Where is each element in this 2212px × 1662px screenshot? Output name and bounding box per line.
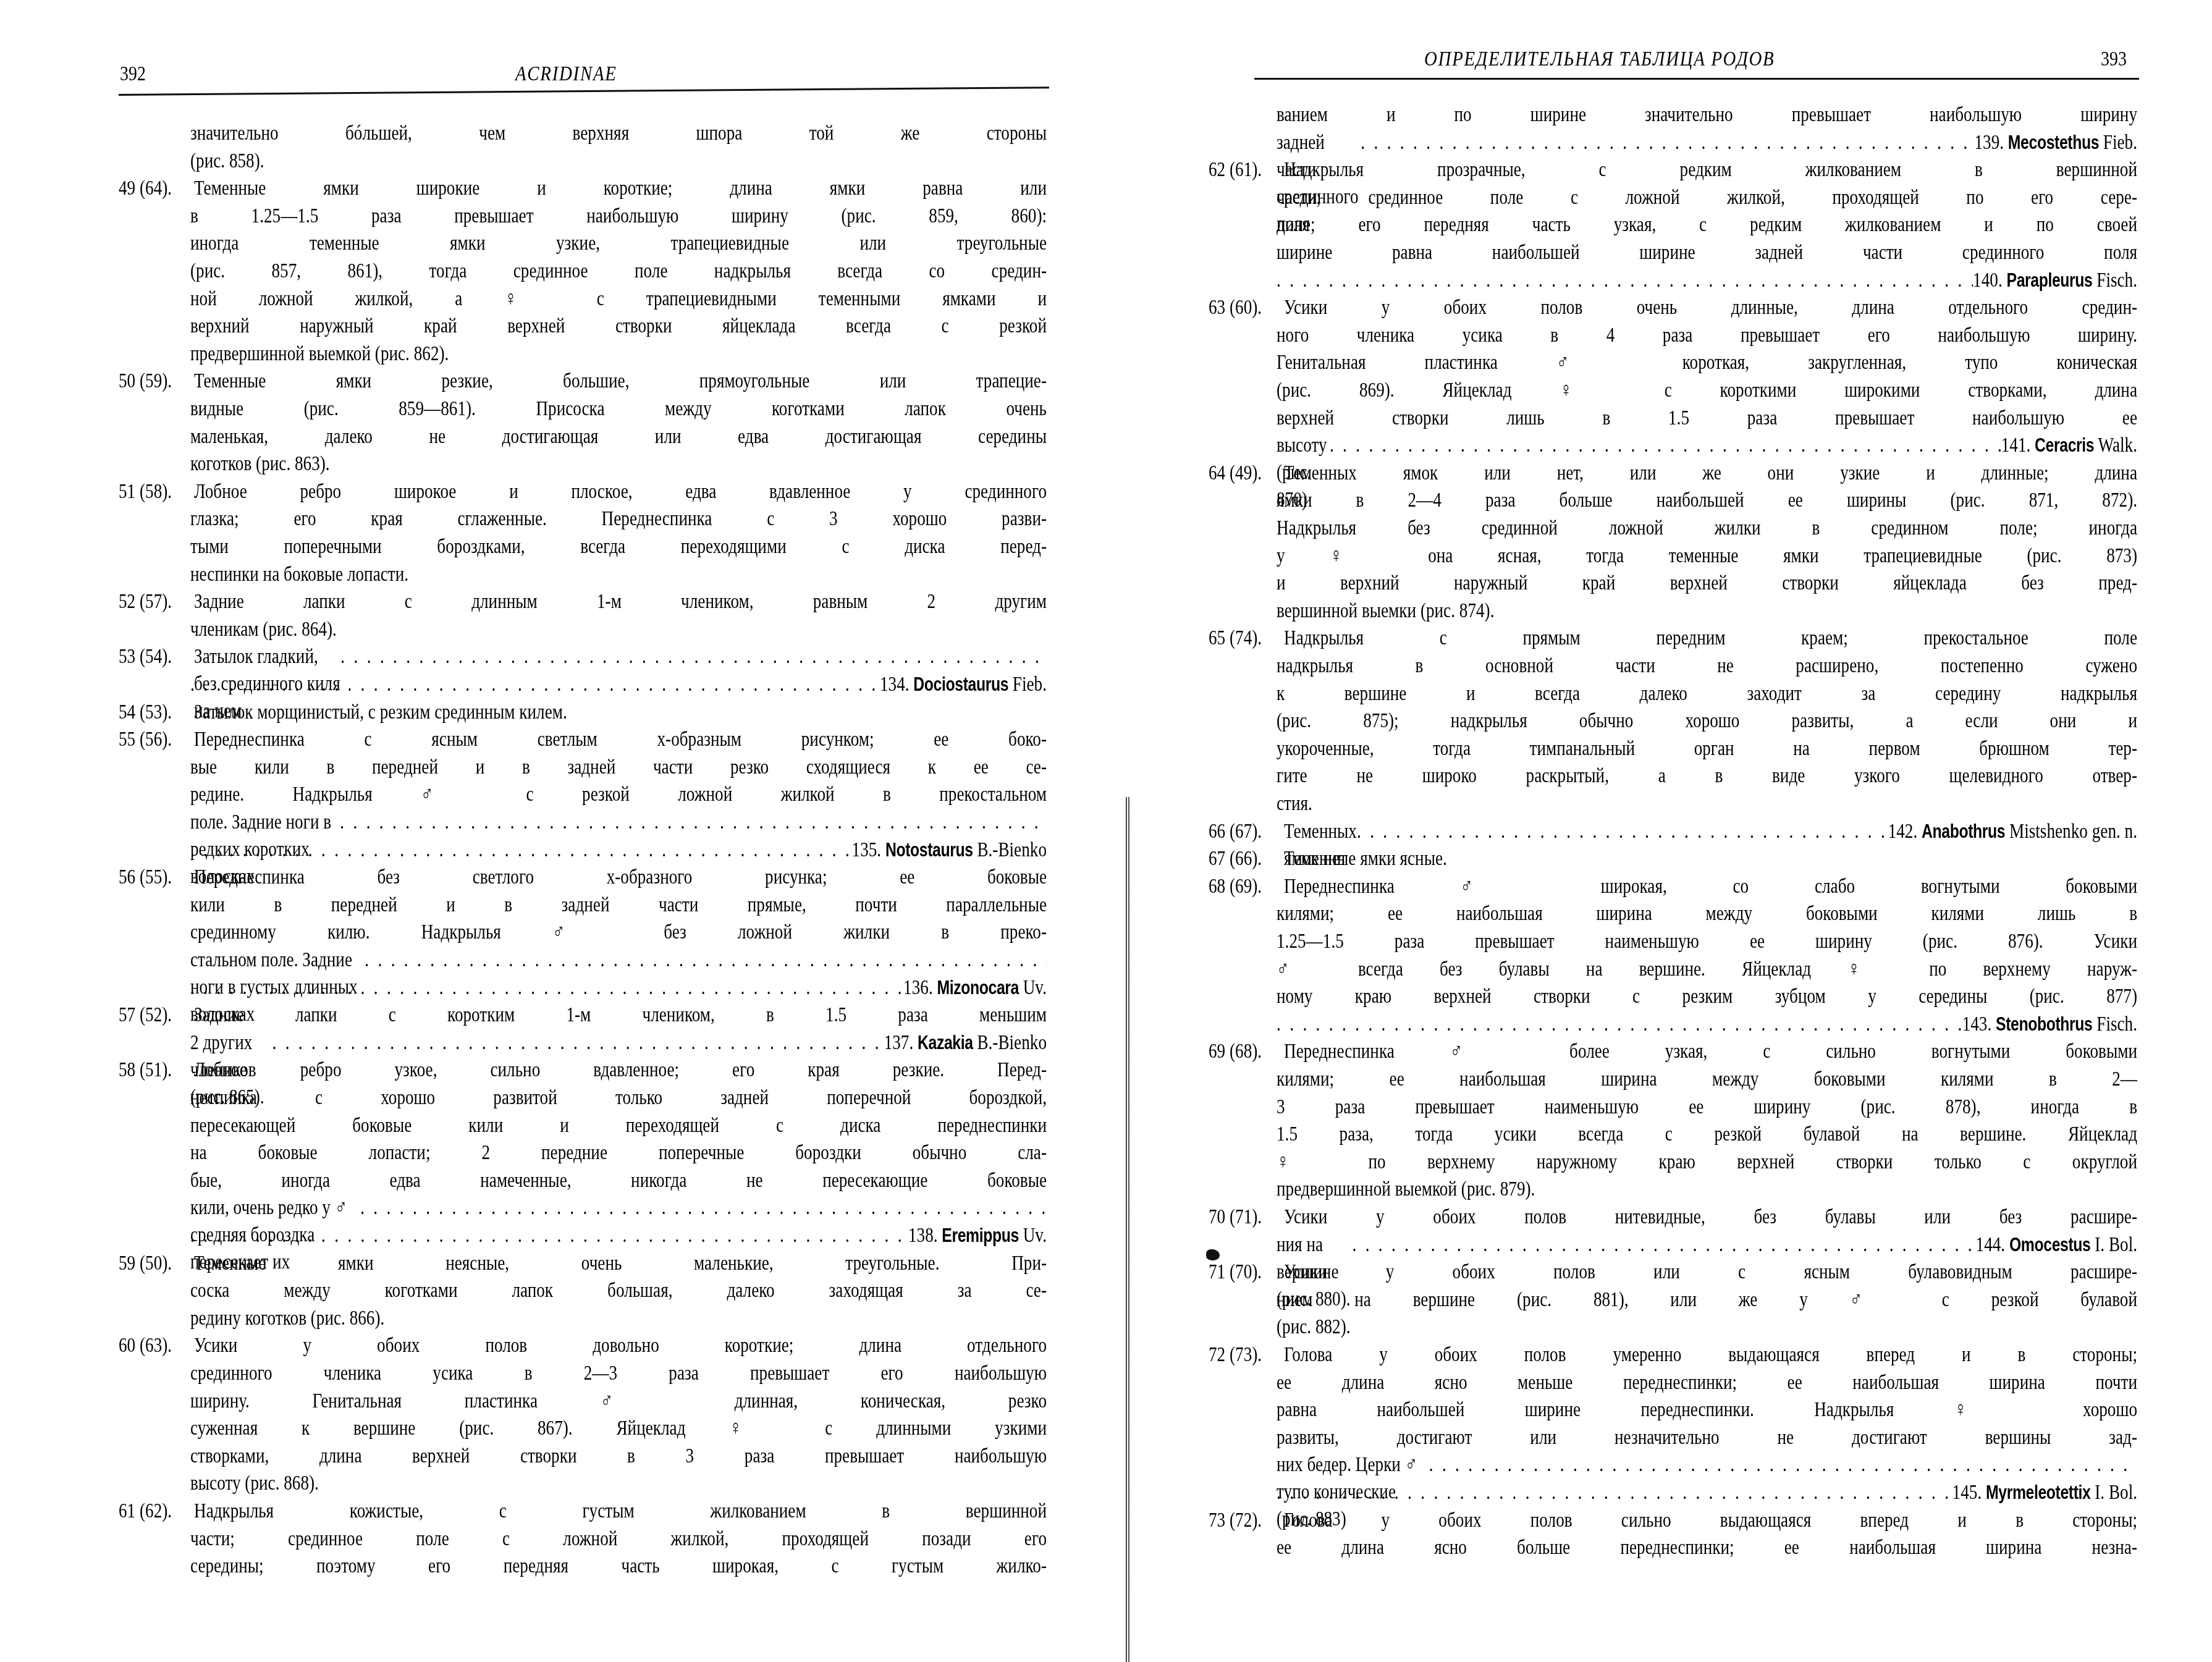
genus-result-line: ........................................… bbox=[0, 837, 1106, 864]
genus-result-line: ........................................… bbox=[1106, 1011, 2212, 1038]
key-text-line: ному краю верхней створки с резким зубцо… bbox=[1106, 983, 2212, 1010]
key-text-line: дине; его передняя часть узкая, с редким… bbox=[1106, 211, 2212, 238]
key-couplet-line: 67 (66).Теменные ямки ясные. bbox=[1106, 845, 2212, 872]
key-text-line: кили в передней и в задней части прямые,… bbox=[0, 892, 1106, 919]
genus-number: 142. bbox=[1888, 820, 1918, 843]
key-text-line: значительно бóльшей, чем верхняя шпора т… bbox=[0, 120, 1106, 147]
couplet-number: 67 bbox=[1209, 847, 1225, 870]
key-text-line: части; срединное поле с ложной жилкой, п… bbox=[0, 1525, 1106, 1553]
key-text: Надкрылья кожистые, с густым жилкованием… bbox=[194, 1500, 1047, 1522]
genus-entry: 136. Mizonocara Uv. bbox=[903, 974, 1047, 1002]
key-text: (рис. 857, 861), тогда срединное поле на… bbox=[190, 259, 1047, 282]
key-text-line: вые кили в передней и в задней части рез… bbox=[0, 754, 1106, 781]
couplet-reference: (58). bbox=[140, 480, 172, 503]
key-text-line: стия. bbox=[1106, 790, 2212, 817]
key-text-line: ной ложной жилкой, а ♀ с трапециевидными… bbox=[0, 285, 1106, 313]
key-text: Теменные ямки широкие и короткие; длина … bbox=[194, 177, 1047, 200]
key-text: ее длина ясно больше переднеспинки; ее н… bbox=[1277, 1536, 2137, 1559]
key-text-line: у ♀ она ясная, тогда теменные ямки трапе… bbox=[1106, 542, 2212, 570]
key-text: ванием и по ширине значительно превышает… bbox=[1277, 103, 2137, 126]
genus-entry: 140. Parapleurus Fisch. bbox=[1973, 267, 2137, 294]
genus-number: 139. bbox=[1974, 131, 2004, 154]
key-couplet-line: 63 (60).Усики у обоих полов очень длинны… bbox=[1106, 294, 2212, 321]
key-couplet-line: 69 (68).Переднеспинка ♂ более узкая, с с… bbox=[1106, 1038, 2212, 1065]
leader-dots: ........................................… bbox=[190, 837, 852, 864]
couplet-number: 54 bbox=[119, 701, 135, 723]
leader-dots: ........................................… bbox=[340, 809, 1047, 836]
key-text: редине. Надкрылья ♂ с резкой ложной жилк… bbox=[190, 783, 1047, 806]
key-text-line: (рис. 882). bbox=[1106, 1314, 2212, 1341]
couplet-number: 58 bbox=[119, 1058, 135, 1081]
key-text-line: ванием и по ширине значительно превышает… bbox=[1106, 101, 2212, 129]
key-text-line: глазка; его края сглаженные. Переднеспин… bbox=[0, 505, 1106, 533]
scan-blot bbox=[1206, 1249, 1220, 1260]
couplet-reference: (69). bbox=[1230, 875, 1262, 898]
genus-author: Uv. bbox=[1023, 1224, 1047, 1247]
key-text-line: ния на вершине (рис. 880). .............… bbox=[1106, 1231, 2212, 1259]
couplet-number: 63 bbox=[1209, 296, 1225, 319]
key-text: Голова у обоих полов умеренно выдающаяся… bbox=[1284, 1343, 2137, 1366]
key-text-line: бые, иногда едва намеченные, никогда не … bbox=[0, 1167, 1106, 1194]
couplet-number: 53 bbox=[119, 645, 135, 668]
genus-number: 136. bbox=[903, 976, 933, 999]
couplet-reference: (73). bbox=[1230, 1343, 1262, 1366]
key-text-line: (рис. 858). bbox=[0, 148, 1106, 175]
key-text: Усики у обоих полов или с ясным булавови… bbox=[1284, 1260, 2137, 1283]
key-text-line: ♀ по верхнему наружному краю верхней ств… bbox=[1106, 1149, 2212, 1176]
couplet-number: 65 bbox=[1209, 626, 1225, 649]
genus-result-line: ........................................… bbox=[0, 1222, 1106, 1249]
couplet-reference: (49). bbox=[1230, 462, 1262, 484]
key-text-line: высоту (рис. 870) ......................… bbox=[1106, 432, 2212, 459]
key-text: редину коготков (рис. 866). bbox=[190, 1307, 384, 1330]
leader-dots: ........................................… bbox=[1277, 1011, 1962, 1038]
leader-dots: ........................................… bbox=[360, 1194, 1047, 1221]
genus-entry: 141. Ceracris Walk. bbox=[2001, 432, 2137, 459]
key-text: высоту (рис. 868). bbox=[190, 1472, 319, 1495]
genus-entry: 139. Mecostethus Fieb. bbox=[1974, 129, 2137, 156]
key-text-line: высоту (рис. 868). bbox=[0, 1470, 1106, 1497]
key-text-line: верхней створки лишь в 1.5 раза превышае… bbox=[1106, 405, 2212, 432]
key-text-line: гите не широко раскрытый, а в виде узког… bbox=[1106, 762, 2212, 790]
key-text: 3 раза превышает наименьшую ее ширину (р… bbox=[1277, 1095, 2137, 1118]
couplet-number: 49 bbox=[119, 177, 135, 200]
genus-name: Stenobothrus bbox=[1996, 1013, 2092, 1035]
key-couplet-line: 53 (54).Затылок гладкий, без срединного … bbox=[0, 643, 1106, 670]
couplet-number: 59 bbox=[119, 1252, 135, 1275]
genus-entry: 144. Omocestus I. Bol. bbox=[1976, 1231, 2137, 1259]
key-text: тыми поперечными бороздками, всегда пере… bbox=[190, 535, 1047, 558]
key-text-line: верхний наружный край верхней створки яй… bbox=[0, 313, 1106, 340]
key-text: ♂ всегда без булавы на вершине. Яйцеклад… bbox=[1277, 958, 2137, 981]
key-text: Задние лапки с длинным 1-м члеником, рав… bbox=[194, 590, 1047, 613]
key-text: Затылок морщинистый, с резким срединным … bbox=[194, 701, 567, 723]
key-text: вершинной выемки (рис. 874). bbox=[1277, 599, 1494, 622]
couplet-number: 73 bbox=[1209, 1509, 1225, 1532]
key-text-line: и верхний наружный край верхней створки … bbox=[1106, 570, 2212, 597]
couplet-reference: (59). bbox=[140, 369, 172, 392]
key-text: ной ложной жилкой, а ♀ с трапециевидными… bbox=[190, 287, 1047, 310]
leader-dots: ........................................… bbox=[1277, 1479, 1952, 1506]
key-text: Генитальная пластинка ♂ короткая, закруг… bbox=[1277, 351, 2137, 374]
key-text: неспинки на боковые лопасти. bbox=[190, 563, 408, 586]
couplet-reference: (61). bbox=[1230, 158, 1262, 181]
key-text-line: ного членика усика в 4 раза превышает ег… bbox=[1106, 322, 2212, 349]
key-text: Лобное ребро узкое, сильно вдавленное; е… bbox=[194, 1058, 1047, 1081]
key-text: ее длина ясно меньше переднеспинки; ее н… bbox=[1277, 1371, 2137, 1394]
key-text: в 1.25—1.5 раза превышает наибольшую шир… bbox=[190, 205, 1047, 227]
genus-name: Parapleurus bbox=[2006, 269, 2092, 291]
leader-dots: ........................................… bbox=[1277, 267, 1973, 294]
key-text-line: кили, очень редко у ♂ средняя бороздка п… bbox=[0, 1194, 1106, 1221]
key-text: у ♀ она ясная, тогда теменные ямки трапе… bbox=[1277, 544, 2137, 567]
key-text-line: ее длина ясно больше переднеспинки; ее н… bbox=[1106, 1534, 2212, 1561]
key-text-line: предвершинной выемкой (рис. 879). bbox=[1106, 1176, 2212, 1203]
key-text: Переднеспинка ♂ широкая, со слабо вогнут… bbox=[1284, 875, 2137, 898]
key-text: предвершинной выемкой (рис. 862). bbox=[190, 342, 449, 365]
key-text-line: соска между коготками лапок большая, дал… bbox=[0, 1277, 1106, 1304]
couplet-reference: (52). bbox=[140, 1003, 172, 1026]
key-text: на боковые лопасти; 2 передние поперечны… bbox=[190, 1141, 1047, 1164]
key-text: ямки в 2—4 раза больше наибольшей ее шир… bbox=[1277, 489, 2137, 512]
leader-dots: ........................................… bbox=[190, 974, 903, 1002]
key-text-line: ямки в 2—4 раза больше наибольшей ее шир… bbox=[1106, 487, 2212, 514]
genus-author: B.-Bienko bbox=[977, 838, 1047, 861]
couplet-number: 71 bbox=[1209, 1260, 1225, 1283]
key-text: равна наибольшей ширине переднеспинки. Н… bbox=[1277, 1398, 2137, 1421]
genus-entry: 143. Stenobothrus Fisch. bbox=[1962, 1011, 2137, 1038]
genus-name: Mecostethus bbox=[2008, 132, 2099, 153]
couplet-number: 52 bbox=[119, 590, 135, 613]
key-text-line: 2 других члеников (рис. 865). ..........… bbox=[0, 1029, 1106, 1057]
couplet-number: 66 bbox=[1209, 820, 1225, 843]
key-text-line: срединному килю. Надкрылья ♂ без ложной … bbox=[0, 919, 1106, 946]
key-text: Надкрылья без срединной ложной жилки в с… bbox=[1277, 517, 2137, 539]
key-text: (рис. 869). Яйцеклад ♀ с короткими широк… bbox=[1277, 379, 2137, 402]
key-text-line: ширине равна наибольшей ширине задней ча… bbox=[1106, 239, 2212, 266]
leader-dots: ........................................… bbox=[272, 1029, 884, 1057]
genus-author: Fieb. bbox=[2103, 131, 2137, 154]
key-text: ному краю верхней створки с резким зубцо… bbox=[1277, 985, 2137, 1008]
couplet-number: 60 bbox=[119, 1334, 135, 1357]
couplet-number: 62 bbox=[1209, 158, 1225, 181]
key-text-line: стальном поле. Задние ноги в густых длин… bbox=[0, 947, 1106, 974]
key-couplet-line: 59 (50).Теменные ямки неясные, очень мал… bbox=[0, 1250, 1106, 1277]
key-text: неспинка с хорошо развитой только задней… bbox=[190, 1086, 1047, 1109]
key-text: соска между коготками лапок большая, дал… bbox=[190, 1279, 1047, 1302]
genus-number: 135. bbox=[852, 838, 882, 861]
key-text: Теменных ямок или нет, или же они узкие … bbox=[1284, 462, 2137, 484]
genus-number: 144. bbox=[1976, 1233, 2006, 1256]
genus-entry: 134. Dociostaurus Fieb. bbox=[880, 671, 1047, 698]
couplet-reference: (53). bbox=[140, 701, 172, 723]
key-text-line: середины; поэтому его передняя часть шир… bbox=[0, 1553, 1106, 1580]
key-text: створками, длина верхней створки в 3 раз… bbox=[190, 1445, 1047, 1467]
key-text: и верхний наружный край верхней створки … bbox=[1277, 572, 2137, 594]
key-text-line: редину коготков (рис. 866). bbox=[0, 1305, 1106, 1332]
key-couplet-line: 70 (71).Усики у обоих полов нитевидные, … bbox=[1106, 1204, 2212, 1231]
key-text: 1.25—1.5 раза превышает наименьшую ее ши… bbox=[1277, 930, 2137, 953]
key-text-line: створками, длина верхней створки в 3 раз… bbox=[0, 1443, 1106, 1470]
couplet-reference: (50). bbox=[140, 1252, 172, 1275]
genus-number: 134. bbox=[880, 673, 910, 696]
page-number: 392 bbox=[120, 62, 146, 86]
key-text: нием на вершине (рис. 881), или же у ♂ с… bbox=[1277, 1288, 2137, 1311]
genus-result-line: ........................................… bbox=[1106, 1479, 2212, 1506]
key-text: ширине равна наибольшей ширине задней ча… bbox=[1277, 241, 2137, 264]
genus-result-line: ........................................… bbox=[0, 671, 1106, 698]
key-couplet-line: 55 (56).Переднеспинка с ясным светлым х-… bbox=[0, 726, 1106, 753]
key-text: дине; его передняя часть узкая, с редким… bbox=[1277, 213, 2137, 236]
key-couplet-line: 56 (55).Переднеспинка без светлого х-обр… bbox=[0, 864, 1106, 891]
genus-author: I. Bol. bbox=[2095, 1233, 2137, 1256]
key-text: Переднеспинка без светлого х-образного р… bbox=[194, 866, 1047, 888]
key-text-line: суженная к вершине (рис. 867). Яйцеклад … bbox=[0, 1415, 1106, 1442]
key-couplet-line: 64 (49).Теменных ямок или нет, или же он… bbox=[1106, 460, 2212, 487]
key-text: Надкрылья прозрачные, с редким жилковани… bbox=[1284, 158, 2137, 181]
key-text-line: предвершинной выемкой (рис. 862). bbox=[0, 340, 1106, 368]
key-text: укороченные, тогда тимпанальный орган на… bbox=[1277, 737, 2137, 760]
key-text-line: к вершине и всегда далеко заходит за сер… bbox=[1106, 680, 2212, 707]
key-text-line: развиты, достигают или незначительно не … bbox=[1106, 1424, 2212, 1451]
key-text: Лобное ребро широкое и плоское, едва вда… bbox=[194, 480, 1047, 503]
key-text: Переднеспинка ♂ более узкая, с сильно во… bbox=[1284, 1040, 2137, 1063]
genus-entry: 142. Anabothrus Mistshenko gen. n. bbox=[1888, 818, 2137, 845]
key-text: иногда теменные ямки узкие, трапециевидн… bbox=[190, 232, 1047, 255]
genus-name: Dociostaurus bbox=[913, 673, 1008, 695]
genus-entry: 145. Myrmeleotettix I. Bol. bbox=[1952, 1479, 2137, 1506]
genus-name: Omocestus bbox=[2009, 1234, 2090, 1255]
key-text-line: равна наибольшей ширине переднеспинки. Н… bbox=[1106, 1396, 2212, 1424]
key-text: срединному килю. Надкрылья ♂ без ложной … bbox=[190, 921, 1047, 943]
genus-name: Ceracris bbox=[2035, 434, 2094, 456]
key-text: видные (рис. 859—861). Присоска между ко… bbox=[190, 397, 1047, 420]
couplet-number: 50 bbox=[119, 369, 135, 392]
key-text: членикам (рис. 864). bbox=[190, 618, 337, 641]
key-text-line: ширину. Генитальная пластинка ♂ длинная,… bbox=[0, 1388, 1106, 1415]
key-text: маленькая, далеко не достигающая или едв… bbox=[190, 425, 1047, 448]
key-text: килями; ее наибольшая ширина между боков… bbox=[1277, 1068, 2137, 1090]
key-text: (рис. 875); надкрылья обычно хорошо разв… bbox=[1277, 709, 2137, 732]
couplet-number: 70 bbox=[1209, 1205, 1225, 1228]
key-text: вые кили в передней и в задней части рез… bbox=[190, 756, 1047, 778]
key-text-line: (рис. 857, 861), тогда срединное поле на… bbox=[0, 258, 1106, 285]
genus-entry: 137. Kazakia B.-Bienko bbox=[884, 1029, 1047, 1057]
key-couplet-line: 57 (52).Задние лапки с коротким 1-м член… bbox=[0, 1002, 1106, 1029]
key-couplet-line: 51 (58).Лобное ребро широкое и плоское, … bbox=[0, 478, 1106, 505]
right-page: ОПРЕДЕЛИТЕЛЬНАЯ ТАБЛИЦА РОДОВ 393 ванием… bbox=[1106, 0, 2212, 1662]
key-text-line: видные (рис. 859—861). Присоска между ко… bbox=[0, 395, 1106, 423]
key-text: килями; ее наибольшая ширина между боков… bbox=[1277, 902, 2137, 925]
leader-dots: ........................................… bbox=[190, 671, 880, 698]
key-couplet-line: 71 (70).Усики у обоих полов или с ясным … bbox=[1106, 1259, 2212, 1286]
key-couplet-line: 73 (72).Голова у обоих полов сильно выда… bbox=[1106, 1507, 2212, 1534]
key-couplet-line: 58 (51).Лобное ребро узкое, сильно вдавл… bbox=[0, 1057, 1106, 1084]
couplet-reference: (57). bbox=[140, 590, 172, 613]
couplet-reference: (71). bbox=[1230, 1205, 1262, 1228]
leader-dots: ........................................… bbox=[1429, 1451, 2137, 1479]
genus-name: Anabothrus bbox=[1922, 820, 2005, 842]
key-text-line: маленькая, далеко не достигающая или едв… bbox=[0, 423, 1106, 450]
couplet-reference: (74). bbox=[1230, 626, 1262, 649]
genus-author: Fisch. bbox=[2096, 269, 2137, 292]
genus-author: B.-Bienko bbox=[977, 1031, 1047, 1054]
genus-author: Uv. bbox=[1023, 976, 1047, 999]
genus-author: Walk. bbox=[2098, 434, 2137, 457]
key-text: глазка; его края сглаженные. Переднеспин… bbox=[190, 507, 1047, 530]
leader-dots: ........................................… bbox=[190, 1222, 908, 1249]
key-text: значительно бóльшей, чем верхняя шпора т… bbox=[190, 122, 1047, 145]
key-text: суженная к вершине (рис. 867). Яйцеклад … bbox=[190, 1417, 1047, 1440]
page-number: 393 bbox=[2101, 47, 2127, 72]
genus-author: Fisch. bbox=[2096, 1013, 2137, 1036]
couplet-number: 56 bbox=[119, 866, 135, 888]
key-text-line: вершинной выемки (рис. 874). bbox=[1106, 597, 2212, 625]
key-couplet-line: 66 (67).Теменных ямок нет ..............… bbox=[1106, 818, 2212, 845]
key-text: развиты, достигают или незначительно не … bbox=[1277, 1426, 2137, 1449]
couplet-number: 72 bbox=[1209, 1343, 1225, 1366]
key-couplet-line: 60 (63).Усики у обоих полов довольно кор… bbox=[0, 1332, 1106, 1359]
couplet-number: 69 bbox=[1209, 1040, 1225, 1063]
key-text: к вершине и всегда далеко заходит за сер… bbox=[1277, 682, 2137, 705]
key-couplet-line: 54 (53).Затылок морщинистый, с резким ср… bbox=[0, 699, 1106, 726]
couplet-number: 55 bbox=[119, 728, 135, 751]
key-text: верхней створки лишь в 1.5 раза превышае… bbox=[1277, 407, 2137, 429]
couplet-reference: (55). bbox=[140, 866, 172, 888]
key-couplet-line: 50 (59).Теменные ямки резкие, большие, п… bbox=[0, 368, 1106, 395]
key-text-line: нием на вершине (рис. 881), или же у ♂ с… bbox=[1106, 1286, 2212, 1314]
genus-result-line: ........................................… bbox=[0, 974, 1106, 1002]
key-text-line: поле. Задние ноги в редких коротких воло… bbox=[0, 809, 1106, 836]
key-text: срединного членика усика в 2—3 раза прев… bbox=[190, 1362, 1047, 1385]
couplet-reference: (56). bbox=[140, 728, 172, 751]
leader-dots: ........................................… bbox=[1352, 1231, 1975, 1259]
key-text: гите не широко раскрытый, а в виде узког… bbox=[1277, 764, 2137, 787]
key-text: Надкрылья с прямым передним краем; преко… bbox=[1284, 626, 2137, 649]
key-text: Усики у обоих полов очень длинные, длина… bbox=[1284, 296, 2137, 319]
couplet-reference: (60). bbox=[1230, 296, 1262, 319]
genus-result-line: ........................................… bbox=[1106, 267, 2212, 294]
key-text-line: членикам (рис. 864). bbox=[0, 616, 1106, 643]
leader-dots: ........................................… bbox=[1330, 432, 2001, 459]
leader-dots: ........................................… bbox=[365, 947, 1047, 974]
key-text: ширину. Генитальная пластинка ♂ длинная,… bbox=[190, 1390, 1047, 1412]
key-text-line: неспинка с хорошо развитой только задней… bbox=[0, 1084, 1106, 1112]
key-couplet-line: 72 (73).Голова у обоих полов умеренно вы… bbox=[1106, 1341, 2212, 1369]
key-text-line: пересекающей боковые кили и переходящей … bbox=[0, 1112, 1106, 1139]
key-couplet-line: 68 (69).Переднеспинка ♂ широкая, со слаб… bbox=[1106, 873, 2212, 900]
key-couplet-line: 61 (62).Надкрылья кожистые, с густым жил… bbox=[0, 1498, 1106, 1525]
key-text-line: тыми поперечными бороздками, всегда пере… bbox=[0, 533, 1106, 560]
key-text: (рис. 882). bbox=[1277, 1315, 1351, 1338]
key-couplet-line: 62 (61).Надкрылья прозрачные, с редким ж… bbox=[1106, 156, 2212, 183]
key-text-line: ее длина ясно меньше переднеспинки; ее н… bbox=[1106, 1369, 2212, 1396]
key-text: верхний наружный край верхней створки яй… bbox=[190, 314, 1047, 337]
key-text: середины; поэтому его передняя часть шир… bbox=[190, 1554, 1047, 1577]
key-text-line: килями; ее наибольшая ширина между боков… bbox=[1106, 1066, 2212, 1093]
key-text: (рис. 858). bbox=[190, 150, 264, 172]
genus-author: Mistshenko gen. n. bbox=[2009, 820, 2137, 843]
key-text: части; срединное поле с ложной жилкой, п… bbox=[190, 1527, 1047, 1550]
leader-dots: ........................................… bbox=[1361, 129, 1974, 156]
key-couplet-line: 52 (57).Задние лапки с длинным 1-м члени… bbox=[0, 588, 1106, 615]
key-text-line: коготков (рис. 863). bbox=[0, 450, 1106, 478]
key-text-line: неспинки на боковые лопасти. bbox=[0, 561, 1106, 588]
key-text: ного членика усика в 4 раза превышает ег… bbox=[1277, 324, 2137, 347]
key-text-line: в 1.25—1.5 раза превышает наибольшую шир… bbox=[0, 203, 1106, 230]
key-text-line: задней части срединного поля ...........… bbox=[1106, 129, 2212, 156]
key-text-line: укороченные, тогда тимпанальный орган на… bbox=[1106, 735, 2212, 762]
left-page: 392 ACRIDINAE значительно бóльшей, чем в… bbox=[0, 0, 1106, 1662]
key-couplet-line: 65 (74).Надкрылья с прямым передним крае… bbox=[1106, 625, 2212, 652]
couplet-number: 51 bbox=[119, 480, 135, 503]
leader-dots: ........................................… bbox=[1357, 818, 1888, 845]
genus-number: 137. bbox=[884, 1031, 914, 1054]
key-text-line: 1.25—1.5 раза превышает наименьшую ее ши… bbox=[1106, 928, 2212, 955]
header-rule bbox=[1254, 78, 2139, 80]
key-text-line: на боковые лопасти; 2 передние поперечны… bbox=[0, 1139, 1106, 1166]
key-text: ♀ по верхнему наружному краю верхней ств… bbox=[1277, 1150, 2137, 1173]
genus-name: Eremippus bbox=[942, 1225, 1019, 1246]
key-text-line: 3 раза превышает наименьшую ее ширину (р… bbox=[1106, 1094, 2212, 1121]
couplet-number: 61 bbox=[119, 1500, 135, 1522]
couplet-reference: (72). bbox=[1230, 1509, 1262, 1532]
key-text: Задние лапки с коротким 1-м члеником, в … bbox=[194, 1003, 1047, 1026]
genus-author: Fieb. bbox=[1013, 673, 1047, 696]
couplet-reference: (66). bbox=[1230, 847, 1262, 870]
key-text: части; срединное поле с ложной жилкой, п… bbox=[1277, 186, 2137, 209]
key-text: Переднеспинка с ясным светлым х-образным… bbox=[194, 728, 1047, 751]
genus-name: Notostaurus bbox=[885, 839, 973, 861]
genus-name: Myrmeleotettix bbox=[1986, 1482, 2090, 1503]
key-text: кили в передней и в задней части прямые,… bbox=[190, 893, 1047, 916]
couplet-number: 57 bbox=[119, 1003, 135, 1026]
key-text-line: срединного членика усика в 2—3 раза прев… bbox=[0, 1360, 1106, 1387]
book-spine-shadow bbox=[1126, 797, 1129, 1662]
couplet-reference: (51). bbox=[140, 1058, 172, 1081]
genus-name: Kazakia bbox=[918, 1032, 973, 1053]
couplet-reference: (70). bbox=[1230, 1260, 1262, 1283]
key-text: 1.5 раза, тогда усики всегда с резкой бу… bbox=[1277, 1123, 2137, 1145]
genus-entry: 138. Eremippus Uv. bbox=[908, 1222, 1047, 1249]
running-head: ОПРЕДЕЛИТЕЛЬНАЯ ТАБЛИЦА РОДОВ bbox=[1424, 47, 1775, 72]
key-text: Усики у обоих полов нитевидные, без була… bbox=[1284, 1205, 2137, 1228]
leader-dots: ........................................… bbox=[340, 643, 1047, 670]
key-text: Голова у обоих полов сильно выдающаяся в… bbox=[1284, 1509, 2137, 1532]
key-text: пересекающей боковые кили и переходящей … bbox=[190, 1114, 1047, 1137]
key-text-line: килями; ее наибольшая ширина между боков… bbox=[1106, 900, 2212, 927]
key-text-line: Надкрылья без срединной ложной жилки в с… bbox=[1106, 515, 2212, 542]
running-head: ACRIDINAE bbox=[515, 62, 617, 86]
key-text-line: части; срединное поле с ложной жилкой, п… bbox=[1106, 184, 2212, 211]
genus-name: Mizonocara bbox=[937, 977, 1018, 998]
key-text-line: 1.5 раза, тогда усики всегда с резкой бу… bbox=[1106, 1121, 2212, 1148]
genus-entry: 135. Notostaurus B.-Bienko bbox=[852, 837, 1047, 864]
key-text-line: (рис. 875); надкрылья обычно хорошо разв… bbox=[1106, 707, 2212, 735]
couplet-reference: (64). bbox=[140, 177, 172, 200]
key-text-line: (рис. 869). Яйцеклад ♀ с короткими широк… bbox=[1106, 377, 2212, 404]
couplet-reference: (67). bbox=[1230, 820, 1262, 843]
couplet-number: 68 bbox=[1209, 875, 1225, 898]
genus-author: I. Bol. bbox=[2095, 1481, 2137, 1504]
key-text-line: ♂ всегда без булавы на вершине. Яйцеклад… bbox=[1106, 956, 2212, 983]
key-text: Теменные ямки ясные. bbox=[1284, 847, 1447, 870]
key-text: стия. bbox=[1277, 792, 1312, 815]
key-text: Теменные ямки неясные, очень маленькие, … bbox=[194, 1252, 1047, 1275]
genus-number: 141. bbox=[2001, 434, 2031, 457]
couplet-reference: (62). bbox=[140, 1500, 172, 1522]
key-text-line: иногда теменные ямки узкие, трапециевидн… bbox=[0, 230, 1106, 257]
